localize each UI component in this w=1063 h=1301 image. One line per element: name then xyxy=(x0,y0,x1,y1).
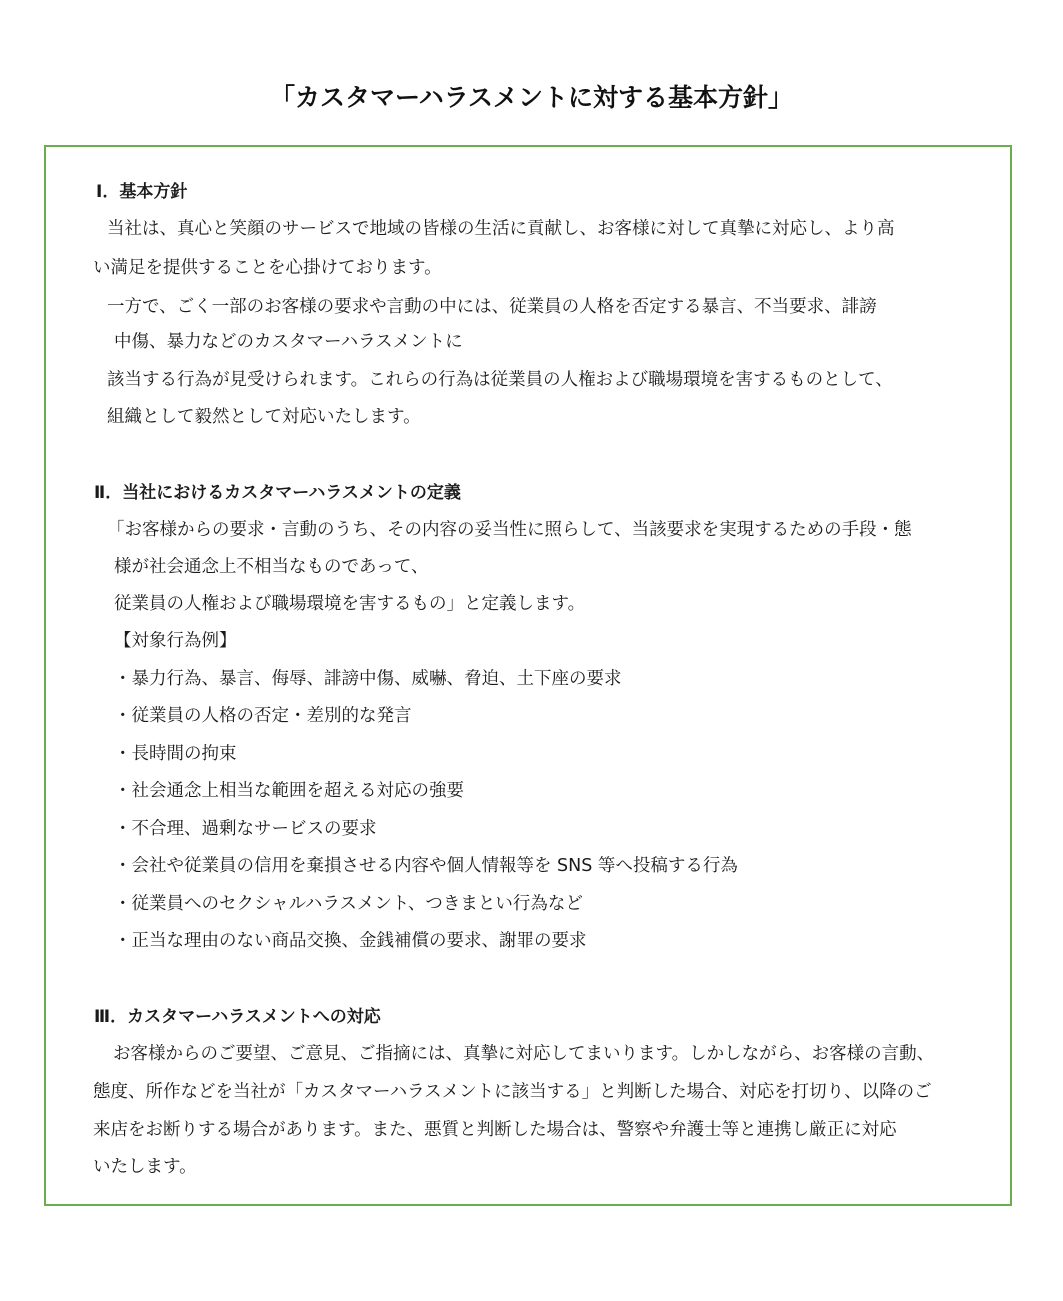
section-1-line-2: い満足を提供することを心掛けております。 xyxy=(93,256,442,280)
section-3-line-2: 態度、所作などを当社が「カスタマーハラスメントに該当する」と判断した場合、対応を… xyxy=(93,1080,932,1104)
section-2-heading: Ⅱ．当社におけるカスタマーハラスメントの定義 xyxy=(94,481,461,505)
example-item-6: ・会社や従業員の信用を棄損させる内容や個人情報等を SNS 等へ投稿する行為 xyxy=(114,854,738,878)
section-1-line-3: 一方で、ごく一部のお客様の要求や言動の中には、従業員の人格を否定する暴言、不当要… xyxy=(107,295,877,319)
section-2-examples-label: 【対象行為例】 xyxy=(114,629,237,653)
section-3-line-3: 来店をお断りする場合があります。また、悪質と判断した場合は、警察や弁護士等と連携… xyxy=(93,1118,897,1142)
example-item-3: ・長時間の拘束 xyxy=(114,742,237,766)
section-1-line-1: 当社は、真心と笑顔のサービスで地域の皆様の生活に貢献し、お客様に対して真摯に対応… xyxy=(107,217,895,241)
section-3-line-1: お客様からのご要望、ご意見、ご指摘には、真摯に対応してまいります。しかしながら、… xyxy=(113,1042,934,1066)
section-3-line-4: いたします。 xyxy=(93,1155,197,1179)
example-item-2: ・従業員の人格の否定・差別的な発言 xyxy=(114,704,412,728)
section-2-line-1: 「お客様からの要求・言動のうち、その内容の妥当性に照らして、当該要求を実現するた… xyxy=(107,518,912,542)
example-item-5: ・不合理、過剰なサービスの要求 xyxy=(114,817,377,841)
section-1-line-4: 中傷、暴力などのカスタマーハラスメントに xyxy=(114,330,463,354)
example-item-4: ・社会通念上相当な範囲を超える対応の強要 xyxy=(114,779,464,803)
example-item-1: ・暴力行為、暴言、侮辱、誹謗中傷、威嚇、脅迫、土下座の要求 xyxy=(114,667,622,691)
section-1-line-6: 組織として毅然として対応いたします。 xyxy=(107,405,421,429)
section-1-line-5: 該当する行為が見受けられます。これらの行為は従業員の人権および職場環境を害するも… xyxy=(107,368,893,392)
example-item-8: ・正当な理由のない商品交換、金銭補償の要求、謝罪の要求 xyxy=(114,929,587,953)
section-2-line-2: 様が社会通念上不相当なものであって、 xyxy=(114,555,428,579)
section-1-heading: Ⅰ．基本方針 xyxy=(96,180,187,204)
document-title: 「カスタマーハラスメントに対する基本方針」 xyxy=(0,78,1063,114)
example-item-7: ・従業員へのセクシャルハラスメント、つきまとい行為など xyxy=(114,892,583,916)
section-3-heading: Ⅲ．カスタマーハラスメントへの対応 xyxy=(94,1005,381,1029)
section-2-line-3: 従業員の人権および職場環境を害するもの」と定義します。 xyxy=(114,592,585,616)
